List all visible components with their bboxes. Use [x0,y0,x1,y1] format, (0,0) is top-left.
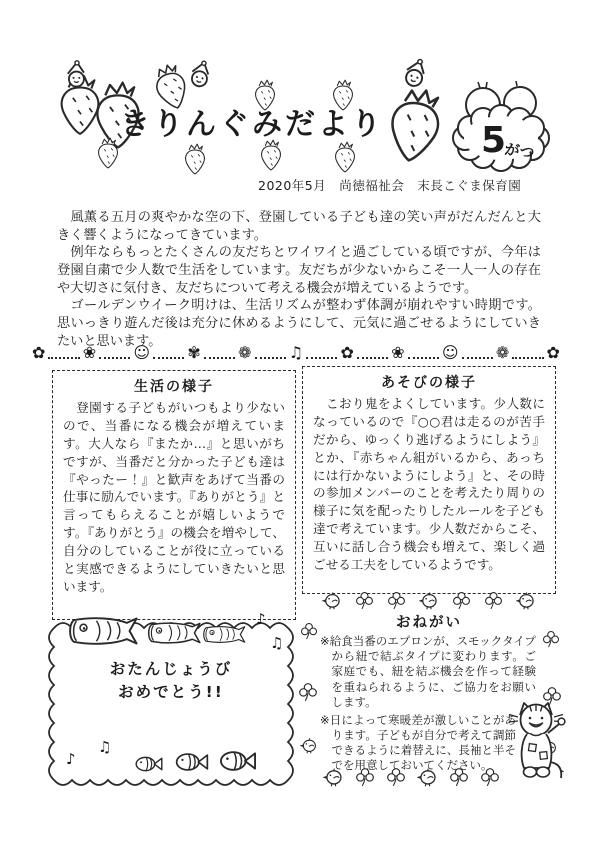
doodle-icon: ✿ [340,345,353,361]
chick-clover-row [312,590,546,610]
clover-icon [480,767,500,787]
chick-icon [417,766,438,787]
clover-icon [355,767,375,787]
clover-icon [452,591,471,610]
request-item: ※日によって寒暖差が激しいことがあります。子どもが自分で考えて調節できるように着… [320,713,516,774]
strawberry-icon [377,79,452,171]
section-play: あそびの様子 こおり鬼をよくしています。少人数になっているので『○○君は走るのが… [302,366,556,594]
intro-paragraph: 例年ならもっとたくさんの友だちとワイワイと過ごしている頃ですが、今年は登園自粛で… [57,244,541,297]
doodle-icon: ✾ [187,345,200,361]
fish-icon [134,754,164,774]
clover-icon [298,682,318,702]
doodle-icon: ❀ [83,345,96,361]
clover-icon [355,591,374,610]
strawberry-icon [182,142,208,176]
clover-icon [484,591,503,610]
dotted-line [357,348,388,359]
chick-icon [516,590,536,610]
request-item: ※給食当番のエプロンが、スモックタイプから紐で結ぶタイプに変わります。ご家庭でも… [320,634,536,710]
music-note-icon: ♫ [270,636,283,651]
section-life: 生活の様子 登園する子どもがいつもより少ないので、当番になる機会が増えています。… [52,370,296,620]
dotted-line [306,348,337,359]
music-note-icon: ♪ [256,612,266,627]
clover-icon [300,622,318,640]
dotted-line [462,348,493,359]
section-play-title: あそびの様子 [313,372,545,392]
strawberry-icon [258,138,284,172]
request-items: ※給食当番のエプロンが、スモックタイプから紐で結ぶタイプに変わります。ご家庭でも… [320,634,536,774]
fish-icon [174,750,210,774]
dotted-line [99,348,130,359]
clover-icon [542,630,560,648]
request-title: おねがい [298,611,560,632]
doodle-icon: ❁ [496,345,509,361]
doodle-icon: ✿ [547,345,560,361]
page-title: きりんぐみだより [120,99,384,143]
doodle-icon: ✿ [32,345,45,361]
doodle-icon: ❀ [391,345,404,361]
section-life-title: 生活の様子 [63,376,285,396]
dotted-line [153,348,184,359]
intro-text: 風薫る五月の爽やかな空の下、登園している子ども達の笑い声がだんだんと大きく響くよ… [57,209,541,351]
elf-icon [62,60,92,90]
doodle-icon: ♫ [289,345,303,361]
dotted-line [408,348,439,359]
chick-clover-row [316,766,506,787]
doodle-divider: ✿ ❀ ☺ ✾ ❁ ♫ ✿ ❀ ☺ ❁ ✿ [32,345,560,361]
month-badge-number: 5 [481,120,506,161]
doodle-icon: ☺ [133,345,150,361]
strawberry-icon [95,136,121,170]
issue-line: 2020年5月 尚徳福祉会 末長こぐま保育園 [258,176,521,194]
birthday-card: ♪ ♫ おたんじょうび おめでとう!! ♪ ♫ [42,612,300,794]
dotted-line [204,348,235,359]
birthday-message-line2: おめでとう!! [42,681,300,704]
clover-icon [449,767,469,787]
fish-icon [218,748,258,774]
clover-icon [386,767,406,787]
cat-icon [505,698,567,786]
birthday-message-line1: おたんじょうび [42,658,300,681]
dotted-line [512,348,543,359]
month-cloud-badge: 5 がつ [447,80,555,172]
section-life-body: 登園する子どもがいつもより少ないので、当番になる機会が増えています。大人なら『ま… [63,399,285,596]
birthday-message: おたんじょうび おめでとう!! [42,658,300,705]
strawberry-icon [332,140,358,174]
chick-icon [419,590,439,610]
koinobori-icon [144,620,204,646]
doodle-icon: ❁ [238,345,251,361]
clover-icon [387,591,406,610]
newsletter-page: 5 がつ きりんぐみだより 2020年5月 尚徳福祉会 末長こぐま保育園 風薫る… [0,0,595,842]
chick-icon [322,590,342,610]
doodle-icon: ☺ [442,345,459,361]
koinobori-icon [200,624,248,645]
section-play-body: こおり鬼をよくしています。少人数になっているので『○○君は走るのが苦手だから、ゆ… [313,395,545,574]
music-note-icon: ♫ [98,740,111,755]
intro-paragraph: 風薫る五月の爽やかな空の下、登園している子ども達の笑い声がだんだんと大きく響くよ… [57,209,541,244]
chick-icon [323,766,344,787]
koinobori-icon [64,614,142,648]
dotted-line [255,348,286,359]
chick-icon [300,736,318,754]
music-note-icon: ♪ [66,752,76,767]
dotted-line [48,348,79,359]
